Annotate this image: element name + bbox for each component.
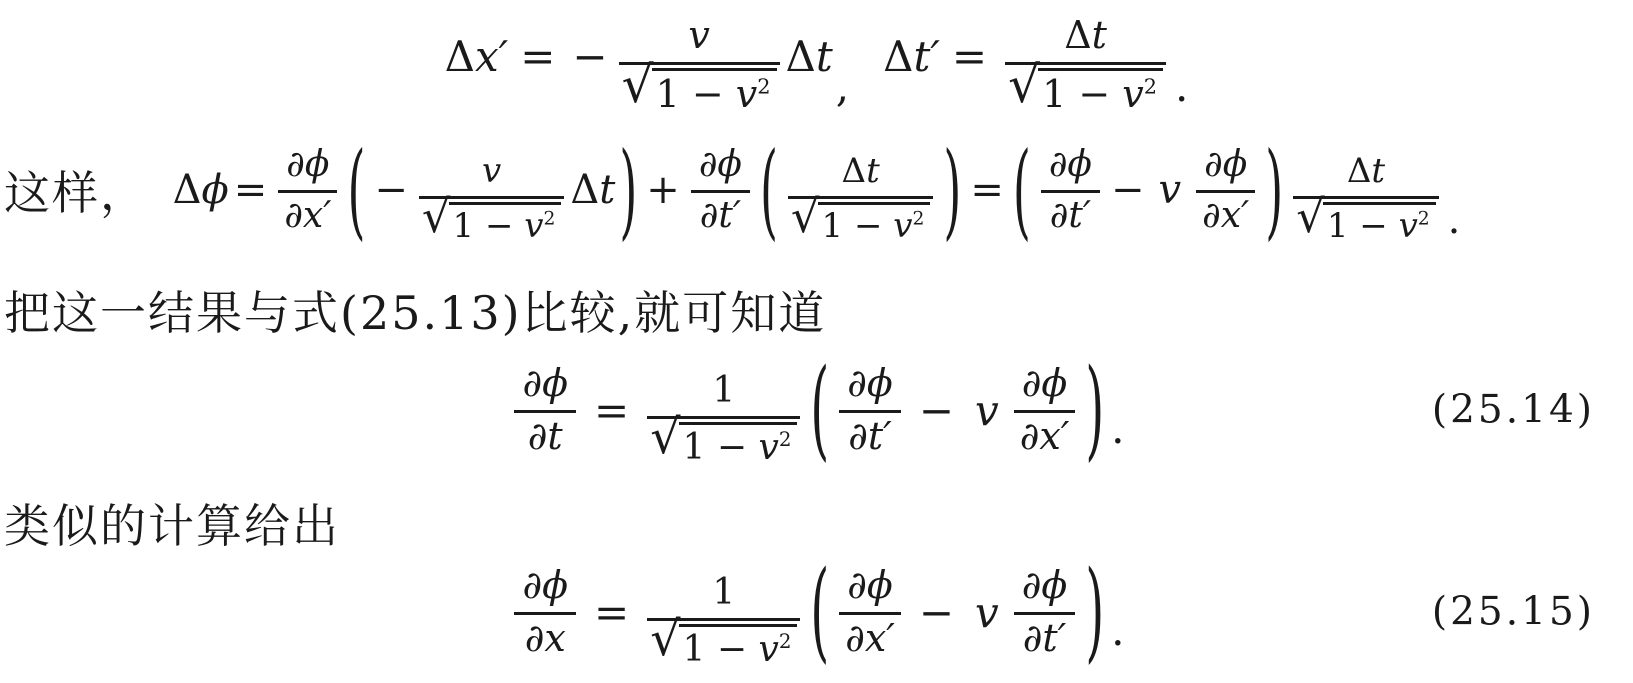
variable-phi: ϕ <box>202 167 229 213</box>
variable-v: v <box>758 427 778 468</box>
equals-sign: = <box>952 32 987 81</box>
equation-25-15: ∂ϕ ∂x = 1 √ 1 − v2 ( ∂ϕ ∂x′ − v <box>0 550 1633 674</box>
minus-sign: − <box>919 386 954 435</box>
frac-dphi-dtprime: ∂ϕ ∂t′ <box>1014 565 1076 660</box>
radical-sign-icon: √ <box>791 199 820 235</box>
fraction-v-over-sqrt: v √ 1 − v2 <box>619 15 780 116</box>
variable-v: v <box>688 13 709 57</box>
radicand: 1 − v2 <box>1038 68 1163 116</box>
one-minus-text: 1 − <box>1042 72 1122 116</box>
denominator-dxprime: ∂x′ <box>278 193 337 236</box>
one-minus-text: 1 − <box>656 72 736 116</box>
denominator-dxprime: ∂x′ <box>1014 413 1076 458</box>
one-minus-text: 1 − <box>453 206 525 246</box>
frac-dphi-dt: ∂ϕ ∂t <box>514 363 576 458</box>
variable-t: t <box>1371 151 1385 191</box>
fraction-one-over-sqrt: 1 √ 1 − v2 <box>647 573 800 669</box>
numerator-dphi: ∂ϕ <box>1014 363 1076 413</box>
sqrt-1-minus-v-squared: √ 1 − v2 <box>650 422 797 468</box>
frac-dphi-dtprime: ∂ϕ ∂t′ <box>839 363 901 458</box>
exponent-two: 2 <box>757 74 770 98</box>
radicand: 1 − v2 <box>449 202 562 245</box>
left-paren: ( <box>760 138 778 242</box>
equals-sign: = <box>594 386 629 435</box>
numerator-dphi: ∂ϕ <box>278 145 337 193</box>
variable-v: v <box>758 629 778 670</box>
sqrt-1-minus-v-squared: √ 1 − v2 <box>422 202 561 245</box>
delta-symbol: Δ <box>842 151 867 191</box>
equation-number-25-15: (25.15) <box>1432 590 1595 635</box>
numerator-dphi: ∂ϕ <box>1196 145 1255 193</box>
fraction-deltat-over-sqrt: Δt √ 1 − v2 <box>788 153 933 245</box>
variable-v: v <box>975 386 999 435</box>
equals-sign: = <box>234 167 268 213</box>
radicand: 1 − v2 <box>679 422 798 468</box>
number-one: 1 <box>712 572 735 613</box>
variable-v: v <box>524 206 543 246</box>
denominator-dxprime: ∂x′ <box>1196 193 1255 236</box>
period: . <box>1111 606 1124 655</box>
left-paren: ( <box>347 138 365 242</box>
frac-dphi-dtprime: ∂ϕ ∂t′ <box>691 145 750 235</box>
left-paren: ( <box>810 356 829 465</box>
radicand: 1 − v2 <box>818 202 931 245</box>
fraction-one-over-sqrt: 1 √ 1 − v2 <box>647 371 800 467</box>
variable-v: v <box>1399 206 1418 246</box>
numerator-dphi: ∂ϕ <box>839 565 901 615</box>
frac-dphi-dxprime: ∂ϕ ∂x′ <box>278 145 337 235</box>
radicand: 1 − v2 <box>1323 202 1436 245</box>
minus-sign: − <box>1111 167 1145 213</box>
fraction-v-over-sqrt: v √ 1 − v2 <box>419 153 564 245</box>
one-minus-text: 1 − <box>1327 206 1399 246</box>
radical-sign-icon: √ <box>622 65 654 105</box>
exponent-two: 2 <box>913 208 925 229</box>
numerator-dphi: ∂ϕ <box>514 565 576 615</box>
delta-symbol: Δ <box>570 167 599 213</box>
minus-sign: − <box>572 32 607 81</box>
sqrt-1-minus-v-squared: √ 1 − v2 <box>791 202 930 245</box>
denominator-dt: ∂t <box>514 413 576 458</box>
numerator-dphi: ∂ϕ <box>691 145 750 193</box>
minus-sign: − <box>374 167 408 213</box>
radical-sign-icon: √ <box>1296 199 1325 235</box>
number-one: 1 <box>712 370 735 411</box>
equals-sign: = <box>970 167 1004 213</box>
exponent-two: 2 <box>1144 74 1157 98</box>
sqrt-1-minus-v-squared: √ 1 − v2 <box>622 68 777 116</box>
radical-sign-icon: √ <box>422 199 451 235</box>
variable-t: t <box>599 167 615 213</box>
denominator-dtprime: ∂t′ <box>1041 193 1100 236</box>
denominator-dtprime: ∂t′ <box>839 413 901 458</box>
numerator-dphi: ∂ϕ <box>514 363 576 413</box>
numerator-dphi: ∂ϕ <box>839 363 901 413</box>
delta-symbol: Δ <box>173 167 202 213</box>
denominator: √ 1 − v2 <box>647 419 800 468</box>
left-paren: ( <box>1013 138 1031 242</box>
sqrt-1-minus-v-squared: √ 1 − v2 <box>1296 202 1435 245</box>
exponent-two: 2 <box>779 428 792 451</box>
denominator: √ 1 − v2 <box>788 199 933 245</box>
variable-x-prime: x′ <box>475 32 508 81</box>
radical-sign-icon: √ <box>650 621 680 659</box>
paragraph-similar: 类似的计算给出 <box>0 494 1633 552</box>
right-paren: ) <box>943 138 961 242</box>
numerator-dphi: ∂ϕ <box>1014 565 1076 615</box>
radicand: 1 − v2 <box>652 68 777 116</box>
right-paren: ) <box>1085 356 1104 465</box>
left-paren: ( <box>810 558 829 667</box>
exponent-two: 2 <box>779 630 792 653</box>
denominator: √ 1 − v2 <box>1293 199 1438 245</box>
exponent-two: 2 <box>1418 208 1430 229</box>
delta-symbol: Δ <box>883 32 913 81</box>
textbook-page: Δx′ =− v √ 1 − v2 Δt , Δt′ = Δt <box>0 0 1633 683</box>
similar-sentence: 类似的计算给出 <box>0 490 340 556</box>
minus-sign: − <box>919 588 954 637</box>
equation-line: Δx′ =− v √ 1 − v2 Δt , Δt′ = Δt <box>445 6 1189 107</box>
variable-v: v <box>736 72 757 116</box>
denominator-dx: ∂x <box>514 615 576 660</box>
equation-line: Δϕ = ∂ϕ ∂x′ ( − v √ 1 − v2 Δt ) + <box>173 144 1461 236</box>
denominator-dtprime: ∂t′ <box>1014 615 1076 660</box>
numerator-dphi: ∂ϕ <box>1041 145 1100 193</box>
right-paren: ) <box>1265 138 1283 242</box>
frac-dphi-dxprime: ∂ϕ ∂x′ <box>1196 145 1255 235</box>
frac-dphi-dxprime: ∂ϕ ∂x′ <box>1014 363 1076 458</box>
frac-dphi-dx: ∂ϕ ∂x <box>514 565 576 660</box>
period: . <box>1448 197 1461 243</box>
delta-symbol: Δ <box>1347 151 1372 191</box>
equation-25-14: ∂ϕ ∂t = 1 √ 1 − v2 ( ∂ϕ ∂t′ − v <box>0 350 1633 470</box>
period: . <box>1175 62 1188 111</box>
radical-sign-icon: √ <box>650 419 680 457</box>
fraction-deltat-over-sqrt: Δt √ 1 − v2 <box>1293 153 1438 245</box>
equation-line: ∂ϕ ∂x = 1 √ 1 − v2 ( ∂ϕ ∂x′ − v <box>508 564 1124 660</box>
variable-v: v <box>482 151 501 191</box>
variable-v: v <box>975 588 999 637</box>
radical-sign-icon: √ <box>1008 65 1040 105</box>
equals-sign: = <box>594 588 629 637</box>
equation-delta-phi-expansion: 这样， Δϕ = ∂ϕ ∂x′ ( − v √ 1 − v2 Δt ) + <box>0 130 1633 250</box>
comma: , <box>836 62 849 111</box>
variable-t: t <box>1092 13 1107 57</box>
sqrt-1-minus-v-squared: √ 1 − v2 <box>650 624 797 670</box>
right-paren: ) <box>619 138 637 242</box>
delta-symbol: Δ <box>786 32 816 81</box>
denominator-dtprime: ∂t′ <box>691 193 750 236</box>
variable-v: v <box>1122 72 1143 116</box>
denominator: √ 1 − v2 <box>419 199 564 245</box>
equals-sign: = <box>520 32 555 81</box>
delta-symbol: Δ <box>445 32 475 81</box>
variable-t: t <box>866 151 880 191</box>
denominator-dxprime: ∂x′ <box>839 615 901 660</box>
one-minus-text: 1 − <box>822 206 894 246</box>
plus-sign: + <box>646 167 680 213</box>
right-paren: ) <box>1085 558 1104 667</box>
denominator: √ 1 − v2 <box>1005 65 1166 116</box>
variable-t: t <box>816 32 833 81</box>
frac-dphi-dtprime: ∂ϕ ∂t′ <box>1041 145 1100 235</box>
one-minus-text: 1 − <box>683 427 759 468</box>
equation-number-25-14: (25.14) <box>1432 388 1595 433</box>
variable-v: v <box>893 206 912 246</box>
variable-v: v <box>1158 167 1181 213</box>
one-minus-text: 1 − <box>683 629 759 670</box>
fraction-deltat-over-sqrt: Δt √ 1 − v2 <box>1005 15 1166 116</box>
delta-symbol: Δ <box>1064 13 1091 57</box>
exponent-two: 2 <box>543 208 555 229</box>
sqrt-1-minus-v-squared: √ 1 − v2 <box>1008 68 1163 116</box>
variable-t-prime: t′ <box>913 32 939 81</box>
paragraph-compare: 把这一结果与式(25.13)比较,就可知道 <box>0 280 1633 340</box>
radicand: 1 − v2 <box>679 624 798 670</box>
frac-dphi-dxprime: ∂ϕ ∂x′ <box>839 565 901 660</box>
equation-line: ∂ϕ ∂t = 1 √ 1 − v2 ( ∂ϕ ∂t′ − v <box>508 362 1124 458</box>
thus-label: 这样， <box>4 157 148 223</box>
period: . <box>1111 404 1124 453</box>
compare-sentence: 把这一结果与式(25.13)比较,就可知道 <box>0 277 826 343</box>
denominator: √ 1 − v2 <box>647 621 800 670</box>
equation-delta-transforms: Δx′ =− v √ 1 − v2 Δt , Δt′ = Δt <box>0 0 1633 112</box>
denominator: √ 1 − v2 <box>619 65 780 116</box>
